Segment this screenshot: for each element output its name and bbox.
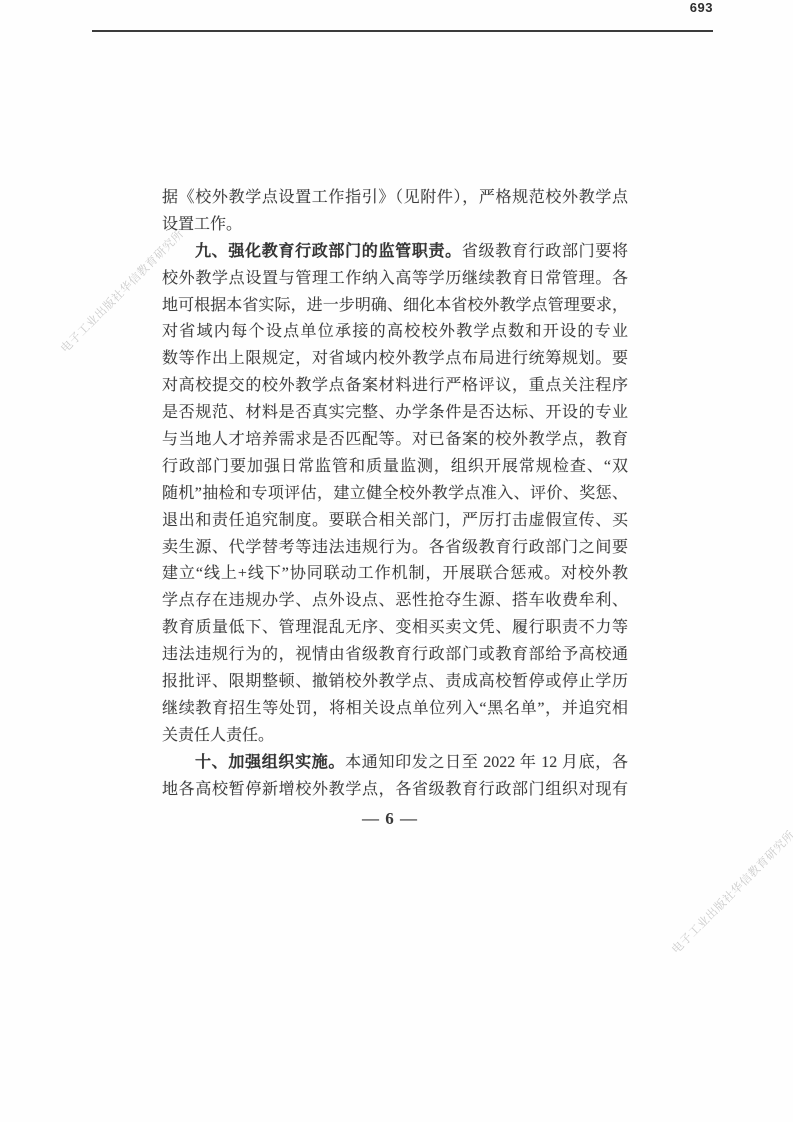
text-line: 地各高校暂停新增校外教学点，各省级教育行政部门组织对现有 [162, 777, 628, 804]
text-line: 随机”抽检和专项评估，建立健全校外教学点准入、评价、奖惩、 [162, 481, 628, 508]
text-line: 与当地人才培养需求是否匹配等。对已备案的校外教学点，教育 [162, 427, 628, 454]
text-line: 继续教育招生等处罚，将相关设点单位列入“黑名单”，并追究相 [162, 696, 628, 723]
text-line: 校外教学点设置与管理工作纳入高等学历继续教育日常管理。各 [162, 266, 628, 293]
text-line: 卖生源、代学替考等违法违规行为。各省级教育行政部门之间要 [162, 535, 628, 562]
text-line: 九、强化教育行政部门的监管职责。省级教育行政部门要将 [162, 239, 628, 266]
page-footer-number: — 6 — [150, 809, 630, 829]
text-line: 报批评、限期整顿、撤销校外教学点、责成高校暂停或停止学历 [162, 669, 628, 696]
text-line: 据《校外教学点设置工作指引》（见附件），严格规范校外教学点 [162, 185, 628, 212]
text-line: 教育质量低下、管理混乱无序、变相买卖文凭、履行职责不力等 [162, 615, 628, 642]
text-line: 对省域内每个设点单位承接的高校校外教学点数和开设的专业 [162, 319, 628, 346]
text-line: 十、加强组织实施。本通知印发之日至 2022 年 12 月底，各 [162, 750, 628, 777]
text-line: 地可根据本省实际，进一步明确、细化本省校外教学点管理要求， [162, 293, 628, 320]
text-line: 关责任人责任。 [162, 723, 628, 750]
text-line: 数等作出上限规定，对省域内校外教学点布局进行统筹规划。要 [162, 346, 628, 373]
text-line: 是否规范、材料是否真实完整、办学条件是否达标、开设的专业 [162, 400, 628, 427]
text-line: 违法违规行为的，视情由省级教育行政部门或教育部给予高校通 [162, 642, 628, 669]
document-page: 电子工业出版社华信教育研究所 电子工业出版社华信教育研究所 693 据《校外教学… [0, 0, 793, 1122]
text-line: 学点存在违规办学、点外设点、恶性抢夺生源、搭车收费牟利、 [162, 588, 628, 615]
page-number-top: 693 [690, 0, 713, 15]
text-line: 建立“线上+线下”协同联动工作机制，开展联合惩戒。对校外教 [162, 561, 628, 588]
text-line: 设置工作。 [162, 212, 628, 239]
header-rule [92, 30, 713, 32]
section-heading: 十、加强组织实施。 [195, 754, 345, 771]
watermark-bottom-right: 电子工业出版社华信教育研究所 [668, 827, 793, 957]
section-heading: 九、强化教育行政部门的监管职责。 [195, 243, 462, 260]
text-line: 行政部门要加强日常监管和质量监测，组织开展常规检查、“双 [162, 454, 628, 481]
text-line: 退出和责任追究制度。要联合相关部门，严厉打击虚假宣传、买 [162, 508, 628, 535]
document-body: 据《校外教学点设置工作指引》（见附件），严格规范校外教学点设置工作。九、强化教育… [162, 185, 628, 803]
text-line: 对高校提交的校外教学点备案材料进行严格评议，重点关注程序 [162, 373, 628, 400]
